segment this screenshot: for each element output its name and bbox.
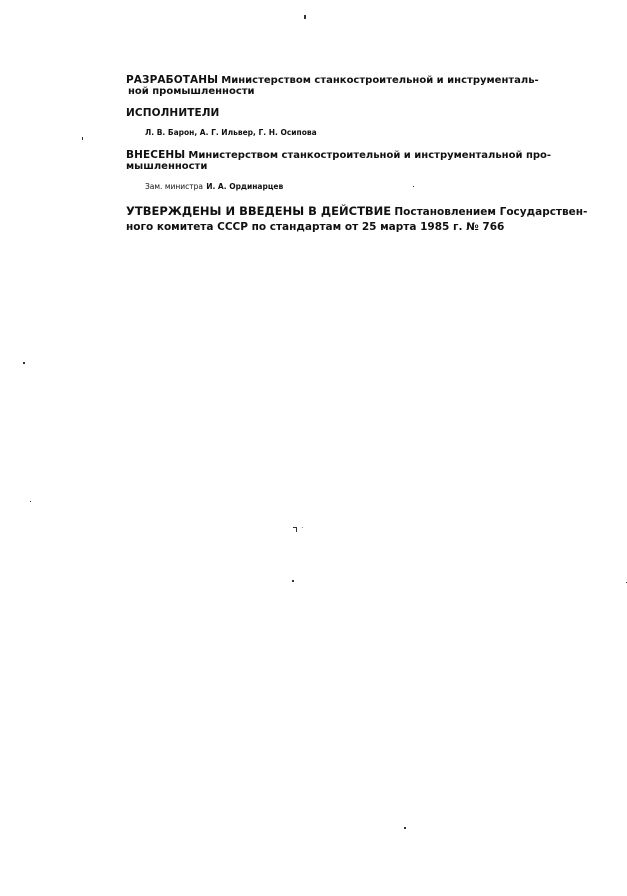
introduced-label: ВНЕСЕНЫ (126, 149, 185, 161)
scan-speck (82, 137, 83, 140)
scan-speck (302, 527, 303, 528)
scan-speck (296, 527, 297, 532)
approved-label: УТВЕРЖДЕНЫ И ВВЕДЕНЫ В ДЕЙСТВИЕ (126, 204, 391, 218)
approved-line-1: УТВЕРЖДЕНЫ И ВВЕДЕНЫ В ДЕЙСТВИЕ Постанов… (126, 205, 522, 219)
scan-speck (292, 580, 294, 582)
deputy-line: Зам. министра И. А. Ординарцев (145, 181, 283, 193)
scan-speck (404, 827, 406, 829)
scan-speck (413, 186, 414, 187)
deputy-name: И. А. Ординарцев (206, 182, 283, 191)
scan-speck (23, 362, 25, 364)
scan-speck (30, 501, 31, 502)
executors-heading: ИСПОЛНИТЕЛИ (126, 107, 219, 119)
approved-text-1: Постановлением Государствен- (394, 206, 587, 218)
introduced-text-2: мышленности (126, 161, 207, 173)
approved-text-2: ного комитета СССР по стандартам от 25 м… (126, 221, 504, 233)
executors-names: Л. В. Барон, А. Г. Ильвер, Г. Н. Осипова (145, 127, 317, 139)
developed-label: РАЗРАБОТАНЫ (126, 74, 218, 86)
scan-speck (304, 15, 306, 19)
deputy-prefix: Зам. министра (145, 182, 203, 191)
introduced-text-1: Министерством станкостроительной и инстр… (188, 150, 551, 161)
developed-text-2: ной промышленности (128, 86, 255, 98)
developed-text-1: Министерством станкостроительной и инстр… (221, 75, 538, 86)
